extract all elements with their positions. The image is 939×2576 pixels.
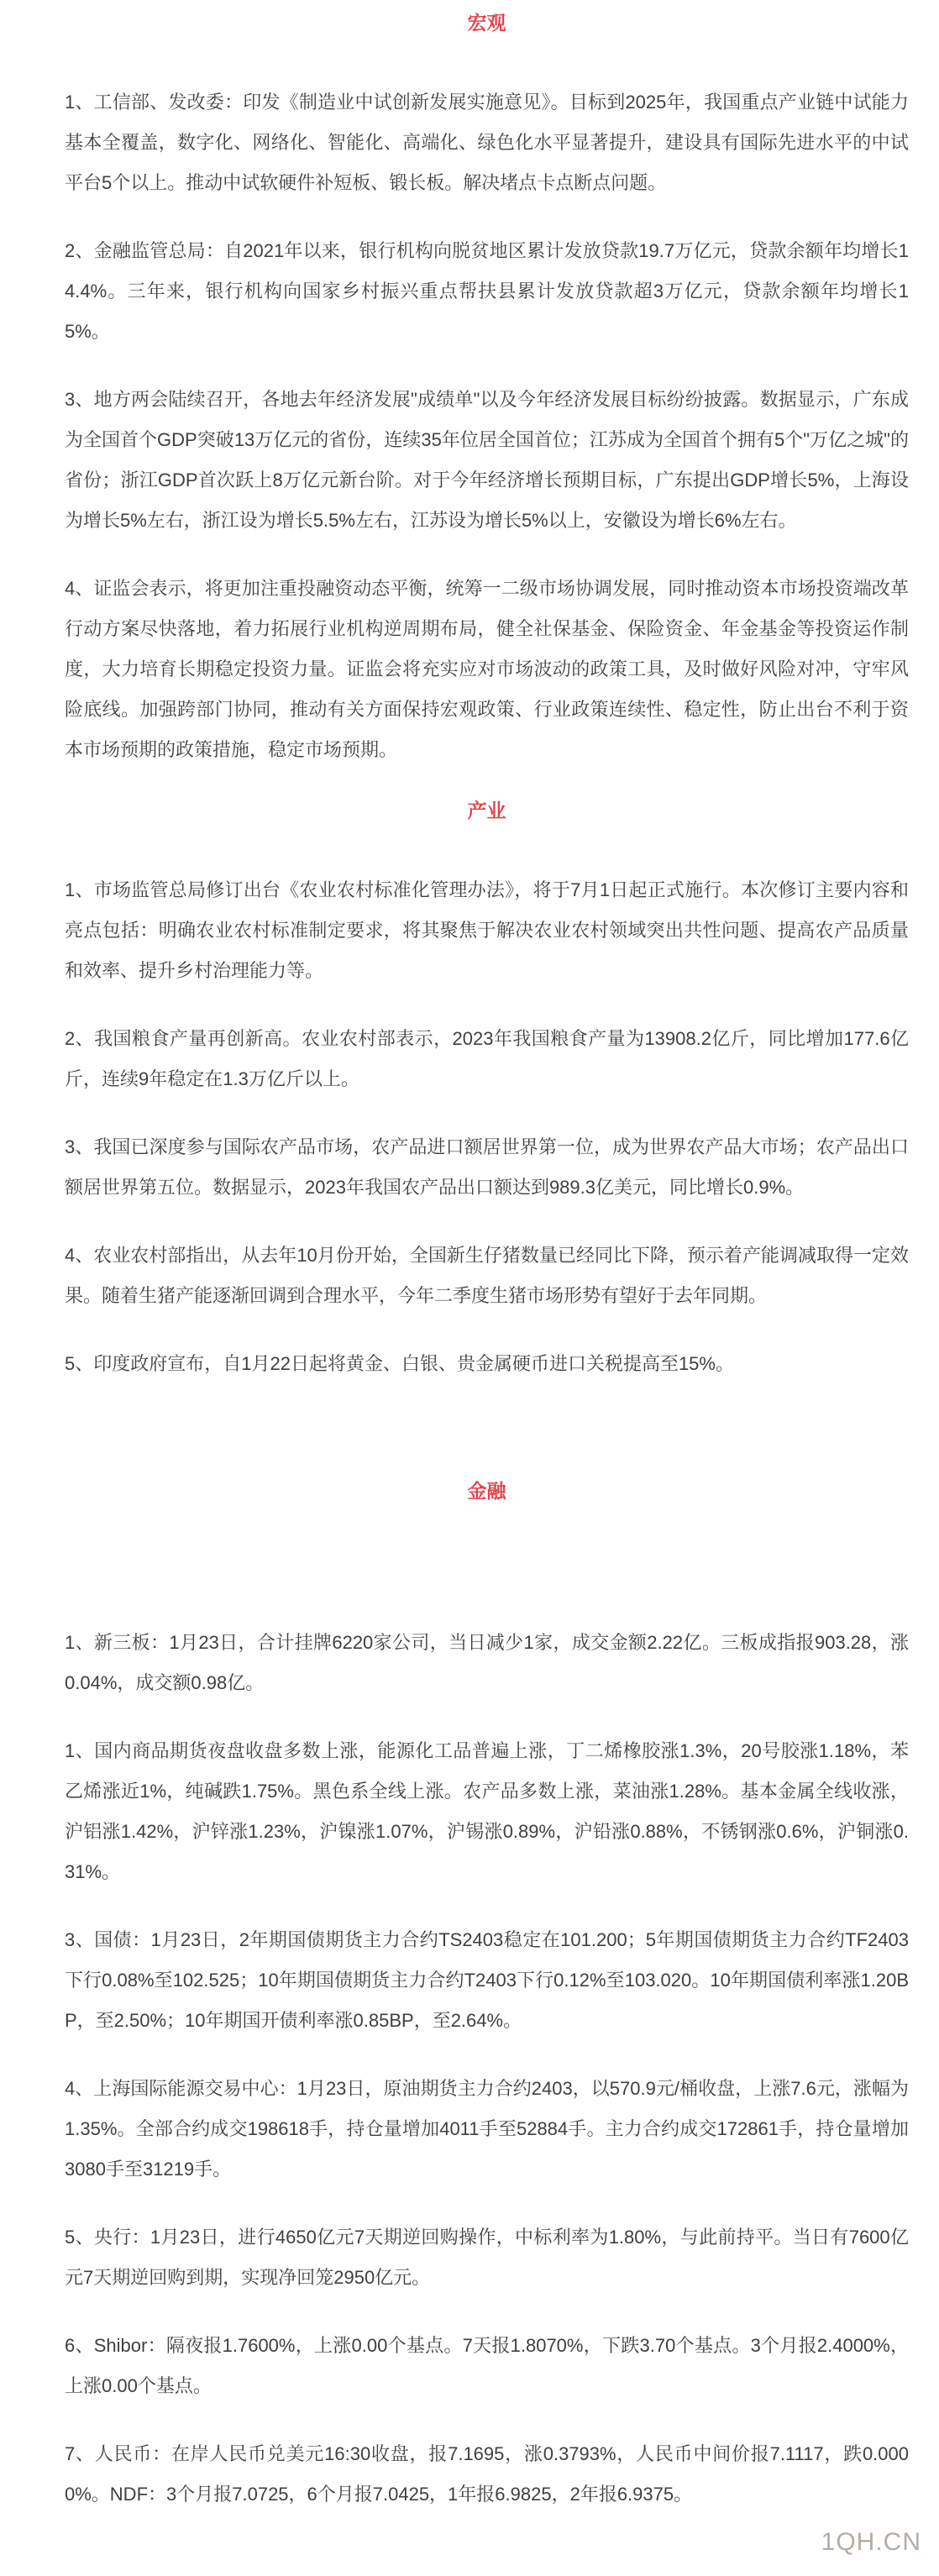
- finance-news-item-2: 1、国内商品期货夜盘收盘多数上涨，能源化工品普遍上涨，丁二烯橡胶涨1.3%，20…: [65, 1731, 909, 1892]
- industry-news-item-1: 1、市场监管总局修订出台《农业农村标准化管理办法》，将于7月1日起正式施行。本次…: [65, 870, 909, 991]
- finance-news-item-5: 5、央行：1月23日，进行4650亿元7天期逆回购操作，中标利率为1.80%，与…: [65, 2217, 909, 2298]
- section-title-macro: 宏观: [65, 10, 909, 35]
- section-title-industry: 产业: [65, 798, 909, 823]
- finance-news-item-4: 4、上海国际能源交易中心：1月23日，原油期货主力合约2403，以570.9元/…: [65, 2069, 909, 2190]
- finance-news-item-7: 7、人民币：在岸人民币兑美元16:30收盘，报7.1695，涨0.3793%，人…: [65, 2434, 909, 2515]
- macro-news-item-4: 4、证监会表示，将更加注重投融资动态平衡，统筹一二级市场协调发展，同时推动资本市…: [65, 569, 909, 770]
- finance-news-item-3: 3、国债：1月23日，2年期国债期货主力合约TS2403稳定在101.200；5…: [65, 1920, 909, 2041]
- macro-news-item-1: 1、工信部、发改委：印发《制造业中试创新发展实施意见》。目标到2025年，我国重…: [65, 82, 909, 203]
- section-title-finance: 金融: [65, 1478, 909, 1503]
- industry-news-item-5: 5、印度政府宣布，自1月22日起将黄金、白银、贵金属硬币进口关税提高至15%。: [65, 1344, 909, 1384]
- industry-news-item-2: 2、我国粮食产量再创新高。农业农村部表示，2023年我国粮食产量为13908.2…: [65, 1019, 909, 1099]
- site-watermark: 1QH.CN: [821, 2530, 921, 2555]
- macro-news-item-2: 2、金融监管总局：自2021年以来，银行机构向脱贫地区累计发放贷款19.7万亿元…: [65, 231, 909, 352]
- industry-news-item-4: 4、农业农村部指出，从去年10月份开始，全国新生仔猪数量已经同比下降，预示着产能…: [65, 1236, 909, 1316]
- newsletter-page: 宏观 1、工信部、发改委：印发《制造业中试创新发展实施意见》。目标到2025年，…: [0, 0, 939, 2515]
- industry-news-item-3: 3、我国已深度参与国际农产品市场，农产品进口额居世界第一位，成为世界农产品大市场…: [65, 1127, 909, 1208]
- macro-news-item-3: 3、地方两会陆续召开，各地去年经济发展"成绩单"以及今年经济发展目标纷纷披露。数…: [65, 380, 909, 541]
- finance-news-item-6: 6、Shibor：隔夜报1.7600%，上涨0.00个基点。7天报1.8070%…: [65, 2326, 909, 2406]
- finance-news-item-1: 1、新三板：1月23日，合计挂牌6220家公司，当日减少1家，成交金额2.22亿…: [65, 1623, 909, 1703]
